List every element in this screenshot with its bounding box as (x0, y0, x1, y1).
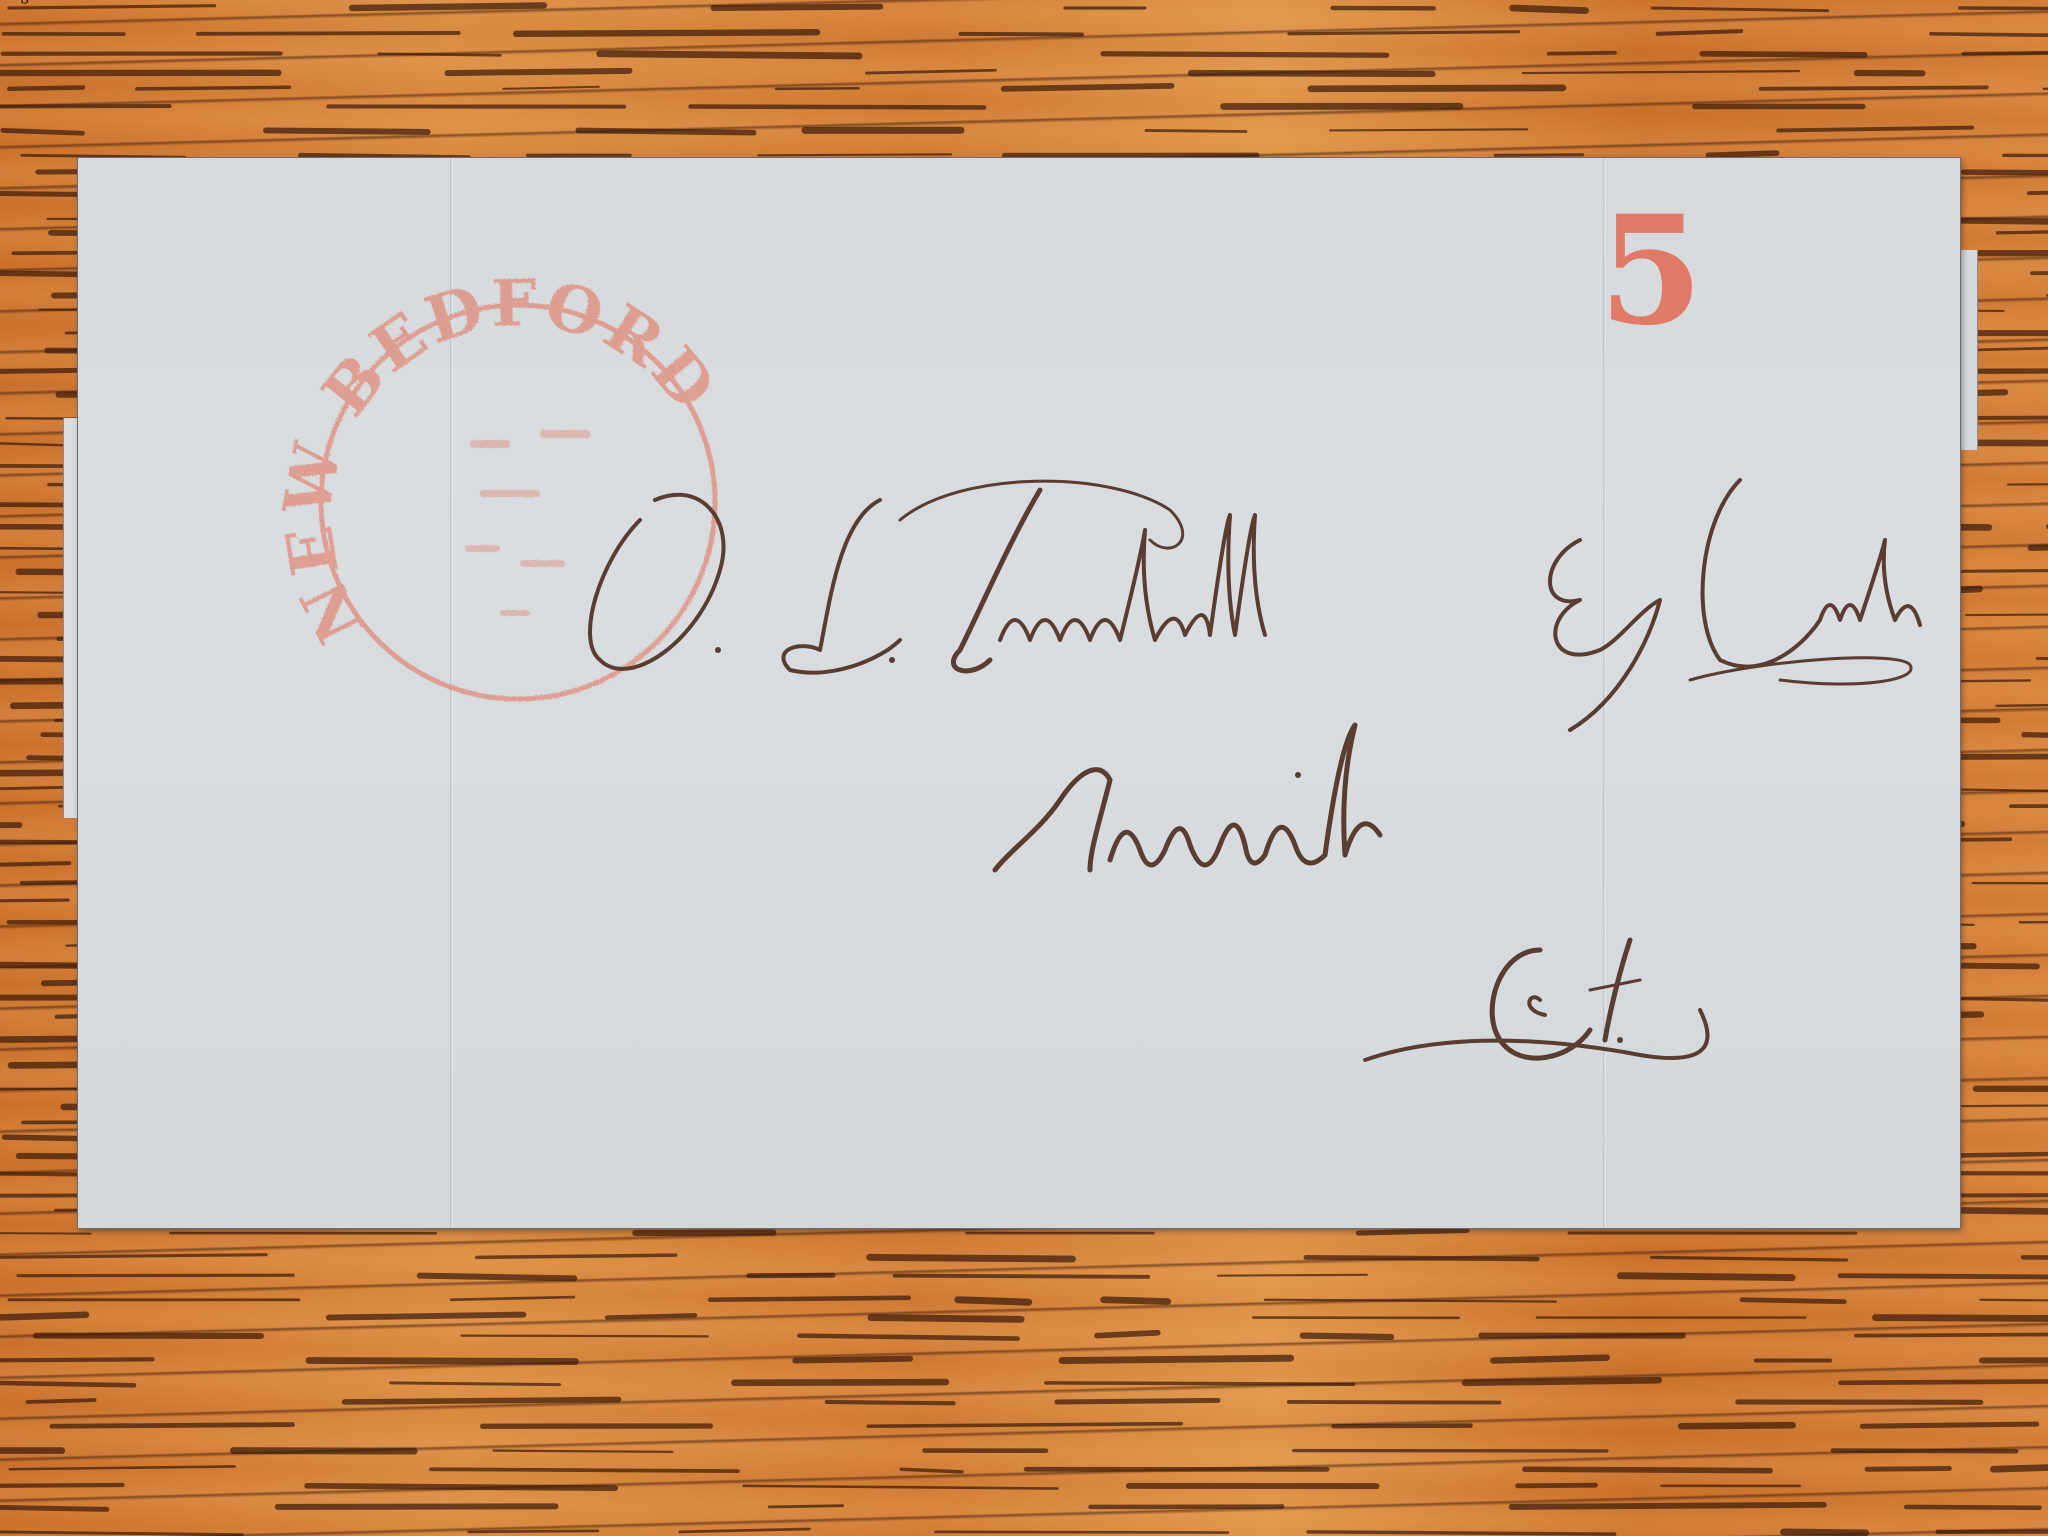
rate-mark: 5 (1596, 196, 1706, 346)
postmark: NEW BEDFORD (269, 266, 731, 699)
cover-markings: NEW BEDFORD illegible (0, 0, 2048, 1536)
postmark-date: illegible (0, 0, 52, 4)
photo-scene: NEW BEDFORD illegible (0, 0, 2048, 1536)
postmark-date-remnants (465, 430, 590, 616)
postmark-ring (321, 305, 715, 699)
postmark-town: NEW BEDFORD (269, 266, 731, 655)
handwritten-address (590, 480, 1920, 1060)
